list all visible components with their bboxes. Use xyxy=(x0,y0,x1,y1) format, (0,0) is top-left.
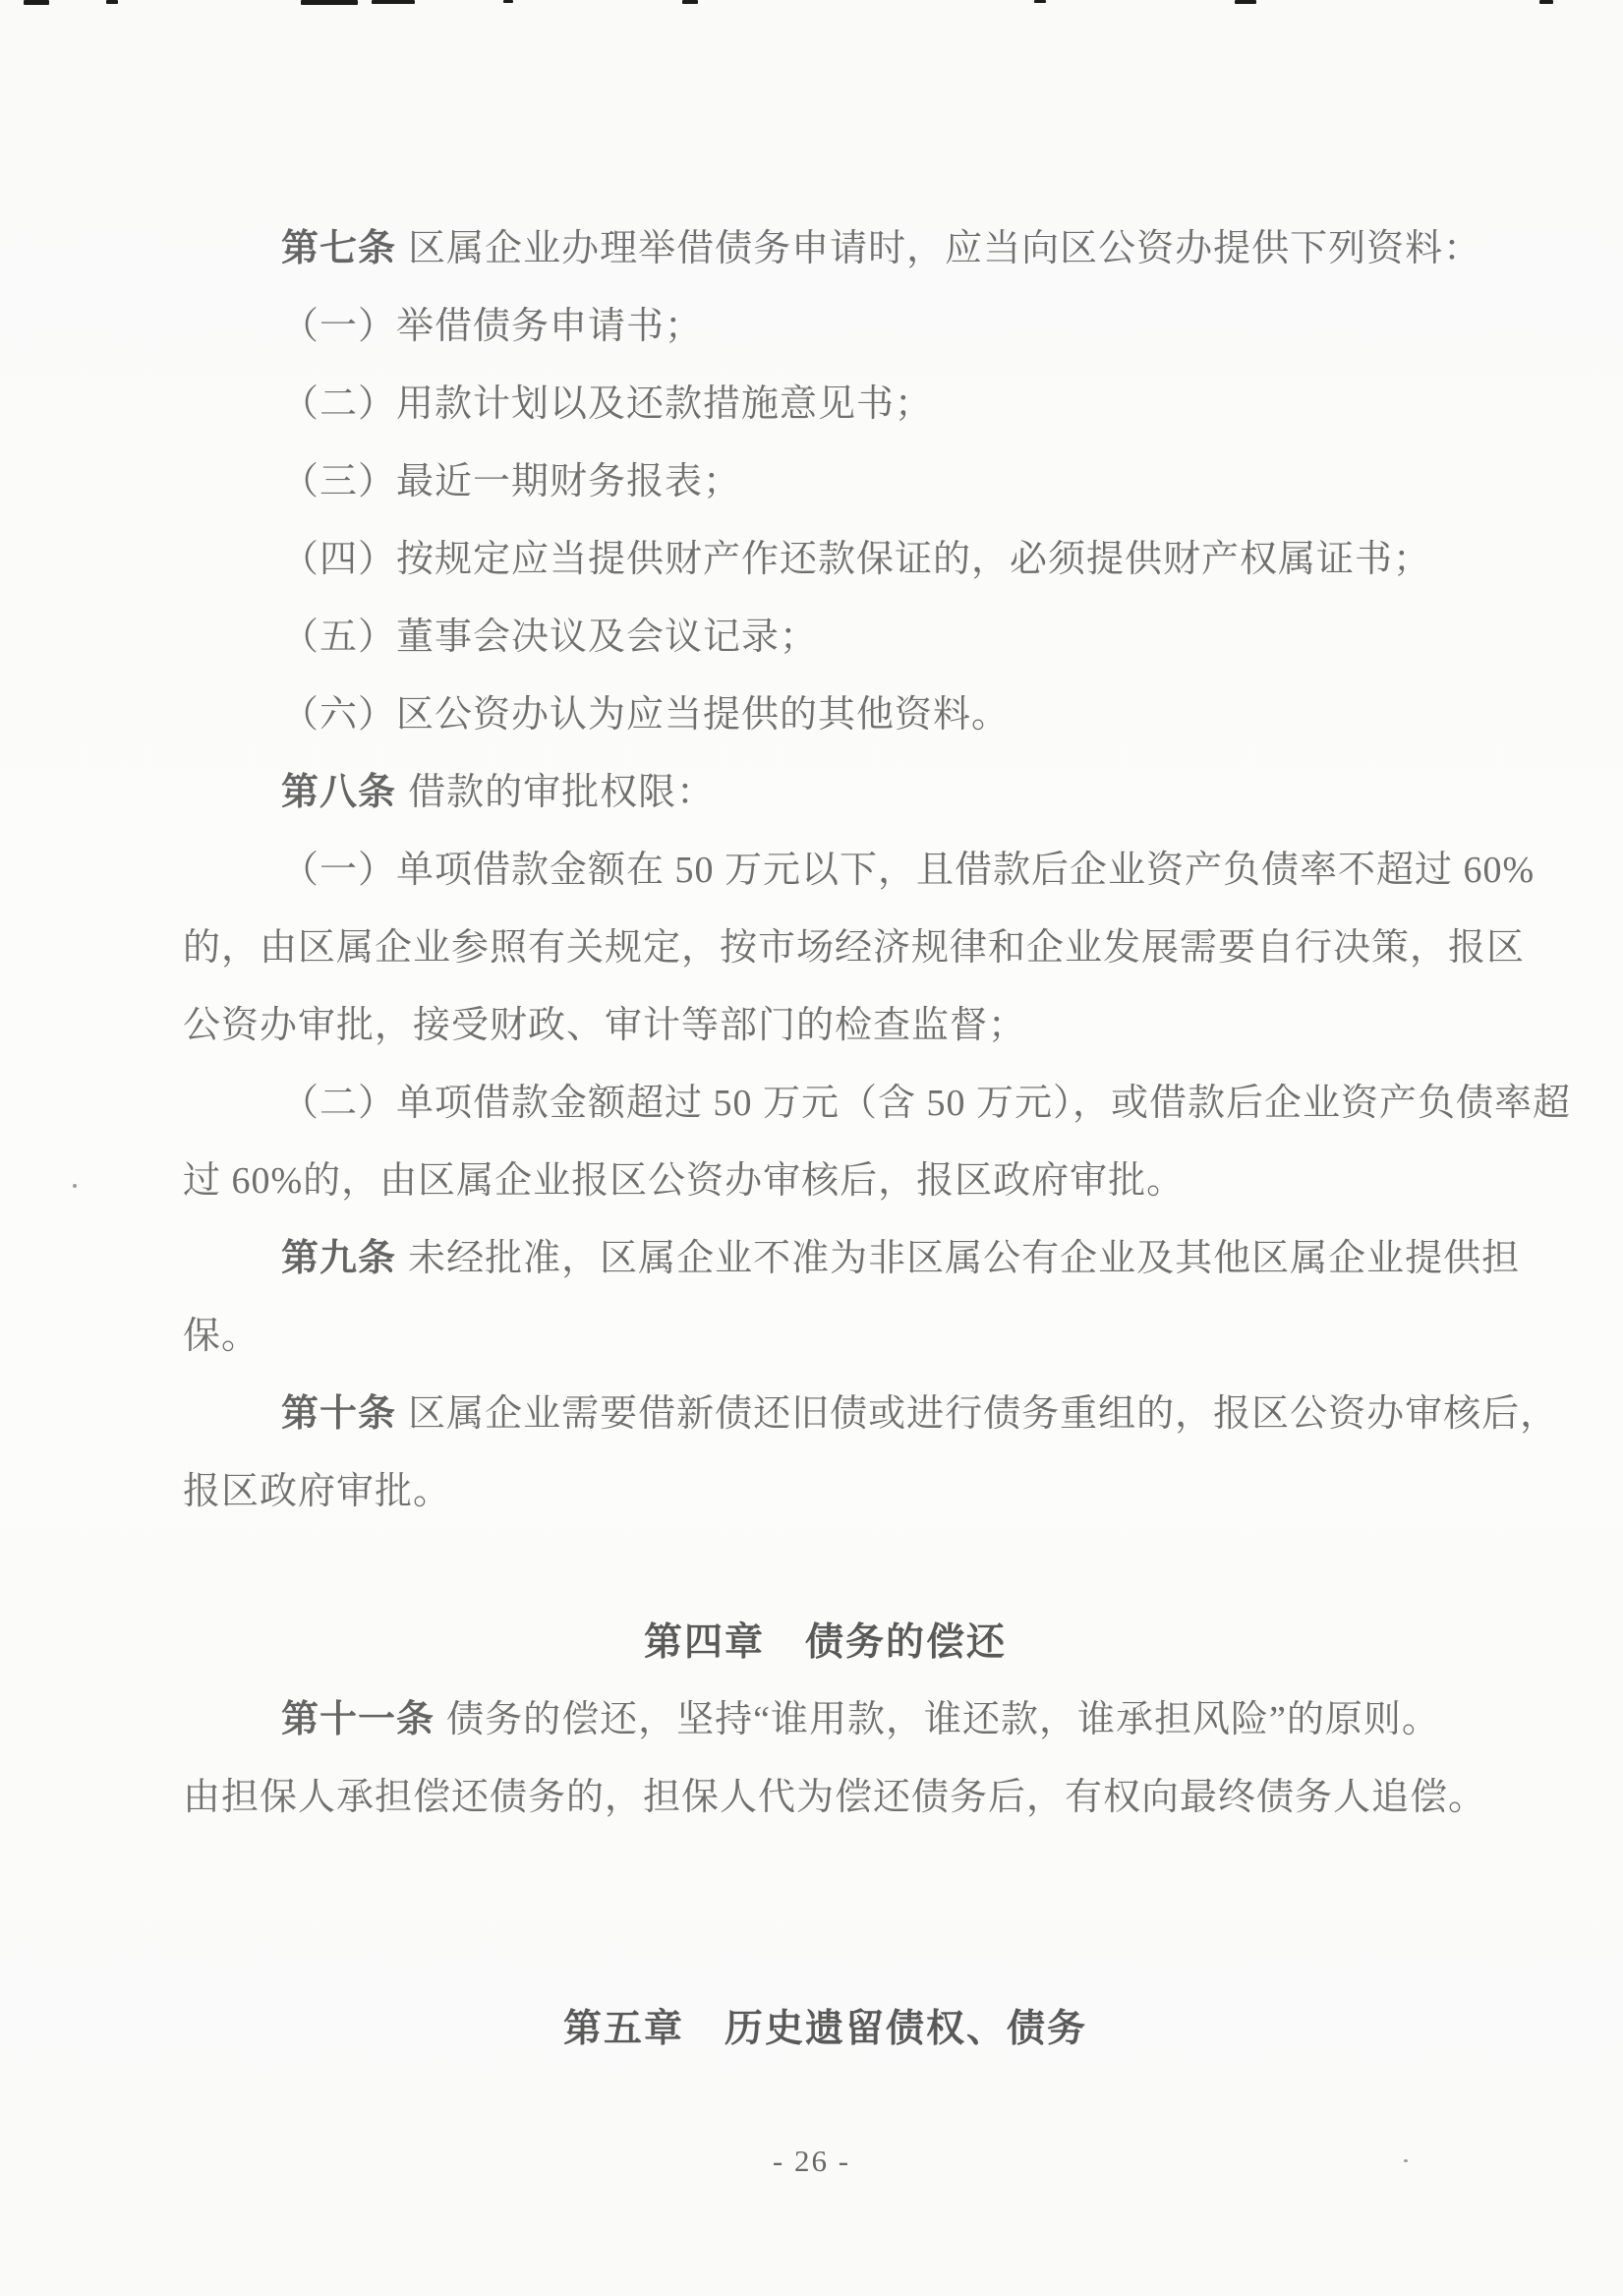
line-text: 报区政府审批。 xyxy=(183,1471,451,1512)
scan-mark xyxy=(682,0,698,4)
chapter-title: 第四章 债务的偿还 xyxy=(644,1621,1007,1664)
article-label: 第八条 xyxy=(281,772,396,813)
continuation-line: 过 60%的，由区属企业报区公资办审核后，报区政府审批。 xyxy=(0,1143,1623,1220)
article-10-opening-line: 第十条区属企业需要借新债还旧债或进行债务重组的，报区公资办审核后， xyxy=(0,1376,1623,1453)
article-7-opening-line: 第七条区属企业办理举借债务申请时，应当向区公资办提供下列资料： xyxy=(0,210,1623,288)
line-text: （二）单项借款金额超过 50 万元（含 50 万元），或借款后企业资产负债率超 xyxy=(281,1083,1571,1124)
continuation-line: 保。 xyxy=(0,1298,1623,1376)
line-text: 未经批准，区属企业不准为非区属公有企业及其他区属企业提供担 xyxy=(408,1238,1520,1279)
line-text: （四）按规定应当提供财产作还款保证的，必须提供财产权属证书； xyxy=(281,539,1431,580)
continuation-line: 由担保人承担偿还债务的，担保人代为偿还债务后，有权向最终债务人追偿。 xyxy=(0,1759,1623,1837)
line-text: （三）最近一期财务报表； xyxy=(281,461,741,502)
line-text: （一）举借债务申请书； xyxy=(281,306,703,347)
page-number: - 26 - xyxy=(0,2131,1623,2192)
article-label: 第七条 xyxy=(281,228,396,269)
scan-speck xyxy=(73,1184,77,1188)
list-item-line: （二）用款计划以及还款措施意见书； xyxy=(0,366,1623,443)
scan-mark xyxy=(1539,0,1553,4)
continuation-line: 报区政府审批。 xyxy=(0,1453,1623,1531)
scan-speck xyxy=(1404,2159,1408,2162)
continuation-line: 的，由区属企业参照有关规定，按市场经济规律和企业发展需要自行决策，报区 xyxy=(0,910,1623,987)
list-item-line: （一）举借债务申请书； xyxy=(0,288,1623,366)
chapter-4-heading: 第四章 债务的偿还 xyxy=(0,1604,1623,1681)
line-text: 保。 xyxy=(183,1316,260,1357)
list-item-line: （六）区公资办认为应当提供的其他资料。 xyxy=(0,677,1623,754)
continuation-line: 公资办审批，接受财政、审计等部门的检查监督； xyxy=(0,987,1623,1065)
line-text: （五）董事会决议及会议记录； xyxy=(281,617,818,658)
list-item-line: （四）按规定应当提供财产作还款保证的，必须提供财产权属证书； xyxy=(0,521,1623,599)
line-text: （六）区公资办认为应当提供的其他资料。 xyxy=(281,694,1010,736)
article-9-opening-line: 第九条未经批准，区属企业不准为非区属公有企业及其他区属企业提供担 xyxy=(0,1220,1623,1298)
line-text: 公资办审批，接受财政、审计等部门的检查监督； xyxy=(183,1005,1026,1046)
line-text: 区属企业需要借新债还旧债或进行债务重组的，报区公资办审核后， xyxy=(408,1393,1558,1435)
article-11-opening-line: 第十一条债务的偿还，坚持“谁用款，谁还款，谁承担风险”的原则。 xyxy=(0,1681,1623,1759)
list-item-line: （一）单项借款金额在 50 万元以下，且借款后企业资产负债率不超过 60% xyxy=(0,832,1623,910)
line-text: 借款的审批权限： xyxy=(408,772,715,813)
line-text: 区属企业办理举借债务申请时，应当向区公资办提供下列资料： xyxy=(408,228,1481,269)
line-text: （一）单项借款金额在 50 万元以下，且借款后企业资产负债率不超过 60% xyxy=(281,850,1535,891)
list-item-line: （三）最近一期财务报表； xyxy=(0,443,1623,521)
list-item-line: （五）董事会决议及会议记录； xyxy=(0,599,1623,677)
chapter-5-heading: 第五章 历史遗留债权、债务 xyxy=(0,1990,1623,2068)
line-text: 债务的偿还，坚持“谁用款，谁还款，谁承担风险”的原则。 xyxy=(446,1699,1440,1740)
article-8-opening-line: 第八条借款的审批权限： xyxy=(0,754,1623,832)
line-text: 由担保人承担偿还债务的，担保人代为偿还债务后，有权向最终债务人追偿。 xyxy=(183,1777,1486,1818)
document-page: 第七条区属企业办理举借债务申请时，应当向区公资办提供下列资料： （一）举借债务申… xyxy=(0,0,1623,2296)
scan-mark xyxy=(1235,0,1256,4)
scan-mark xyxy=(503,0,513,3)
article-label: 第十一条 xyxy=(281,1699,435,1740)
article-label: 第九条 xyxy=(281,1238,396,1279)
line-text: 过 60%的，由区属企业报区公资办审核后，报区政府审批。 xyxy=(183,1160,1185,1202)
scan-mark xyxy=(301,0,358,5)
scan-mark xyxy=(1034,0,1046,3)
chapter-title: 第五章 历史遗留债权、债务 xyxy=(563,2008,1087,2050)
line-text: （二）用款计划以及还款措施意见书； xyxy=(281,383,933,425)
scan-mark xyxy=(24,0,49,5)
scan-mark xyxy=(106,0,118,4)
scan-mark xyxy=(372,0,415,4)
line-text: 的，由区属企业参照有关规定，按市场经济规律和企业发展需要自行决策，报区 xyxy=(183,927,1525,969)
list-item-line: （二）单项借款金额超过 50 万元（含 50 万元），或借款后企业资产负债率超 xyxy=(0,1065,1623,1143)
article-label: 第十条 xyxy=(281,1393,396,1435)
